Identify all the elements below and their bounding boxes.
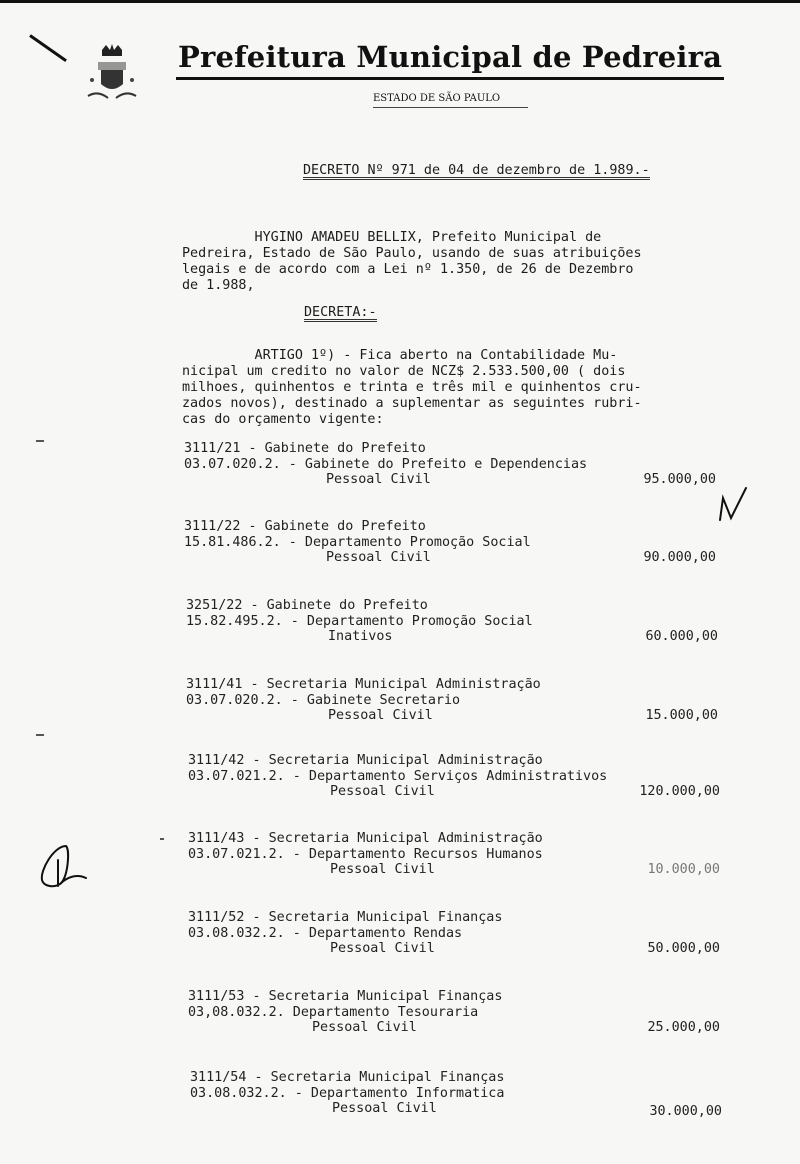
artigo-line: ARTIGO 1º) - Fica aberto na Contabilidad… [182, 348, 617, 364]
entry-amount: 30.000,00 [649, 1104, 722, 1120]
entry-code: 3111/21 - Gabinete do Prefeito [184, 441, 724, 457]
entry-code: 3111/43 - Secretaria Municipal Administr… [188, 831, 728, 847]
budget-entry: 3251/22 - Gabinete do Prefeito 15.82.495… [186, 598, 726, 645]
scan-edge-line [0, 0, 800, 3]
entry-amount: 15.000,00 [645, 708, 718, 724]
decree-heading: DECRETO Nº 971 de 04 de dezembro de 1.98… [303, 163, 650, 180]
margin-mark [160, 838, 164, 840]
preamble-line: HYGINO AMADEU BELLIX, Prefeito Municipal… [182, 230, 601, 246]
budget-entry: 3111/42 - Secretaria Municipal Administr… [188, 753, 728, 800]
entry-amount: 10.000,00 [647, 862, 720, 878]
decreta-text: DECRETA:- [304, 306, 377, 322]
entry-code: 3111/54 - Secretaria Municipal Finanças [190, 1070, 730, 1086]
artigo-line: milhoes, quinhentos e trinta e três mil … [182, 380, 642, 396]
budget-entry: 3111/21 - Gabinete do Prefeito 03.07.020… [184, 441, 724, 488]
entry-amount: 50.000,00 [647, 941, 720, 957]
entry-code: 3111/22 - Gabinete do Prefeito [184, 519, 724, 535]
entry-program: 03,08.032.2. Departamento Tesouraria [188, 1005, 728, 1021]
entry-amount: 95.000,00 [643, 472, 716, 488]
budget-entry: 3111/41 - Secretaria Municipal Administr… [186, 677, 726, 724]
letterhead-subtitle: ESTADO DE SÃO PAULO [373, 93, 500, 104]
handwritten-initials-icon [38, 840, 94, 896]
budget-entry: 3111/43 - Secretaria Municipal Administr… [188, 831, 728, 878]
entry-program: 03.08.032.2. - Departamento Informatica [190, 1086, 730, 1102]
entry-program: 15.81.486.2. - Departamento Promoção Soc… [184, 535, 724, 551]
letterhead-title: Prefeitura Municipal de Pedreira [178, 40, 722, 74]
entry-program: 03.07.020.2. - Gabinete Secretario [186, 693, 726, 709]
entry-amount: 90.000,00 [643, 550, 716, 566]
entry-code: 3111/42 - Secretaria Municipal Administr… [188, 753, 728, 769]
artigo-line: nicipal um credito no valor de NCZ$ 2.53… [182, 364, 625, 380]
entry-code: 3251/22 - Gabinete do Prefeito [186, 598, 726, 614]
decreta-heading: DECRETA:- [304, 305, 377, 322]
budget-entry: 3111/52 - Secretaria Municipal Finanças … [188, 910, 728, 957]
preamble-line: legais e de acordo com a Lei nº 1.350, d… [182, 262, 633, 278]
pen-stroke-mark [29, 34, 67, 62]
artigo-line: zados novos), destinado a suplementar as… [182, 396, 642, 412]
artigo-line: cas do orçamento vigente: [182, 412, 384, 428]
title-underline [176, 77, 724, 80]
budget-entry: 3111/53 - Secretaria Municipal Finanças … [188, 989, 728, 1036]
entry-code: 3111/52 - Secretaria Municipal Finanças [188, 910, 728, 926]
entry-code: 3111/53 - Secretaria Municipal Finanças [188, 989, 728, 1005]
entry-amount: 60.000,00 [645, 629, 718, 645]
margin-mark [36, 734, 44, 736]
preamble-line: Pedreira, Estado de São Paulo, usando de… [182, 246, 642, 262]
margin-mark [36, 440, 44, 442]
entry-program: 15.82.495.2. - Departamento Promoção Soc… [186, 614, 726, 630]
entry-amount: 25.000,00 [647, 1020, 720, 1036]
entry-program: 03.08.032.2. - Departamento Rendas [188, 926, 728, 942]
coat-of-arms-icon [84, 44, 140, 104]
budget-entry: 3111/22 - Gabinete do Prefeito 15.81.486… [184, 519, 724, 566]
entry-program: 03.07.021.2. - Departamento Serviços Adm… [188, 769, 728, 785]
decree-heading-text: DECRETO Nº 971 de 04 de dezembro de 1.98… [303, 164, 650, 180]
entry-program: 03.07.021.2. - Departamento Recursos Hum… [188, 847, 728, 863]
entry-amount: 120.000,00 [639, 784, 720, 800]
subtitle-underline [373, 107, 528, 108]
entry-code: 3111/41 - Secretaria Municipal Administr… [186, 677, 726, 693]
handwritten-check-icon [716, 486, 750, 526]
budget-entry: 3111/54 - Secretaria Municipal Finanças … [190, 1070, 730, 1117]
entry-program: 03.07.020.2. - Gabinete do Prefeito e De… [184, 457, 724, 473]
preamble-line: de 1.988, [182, 278, 255, 294]
